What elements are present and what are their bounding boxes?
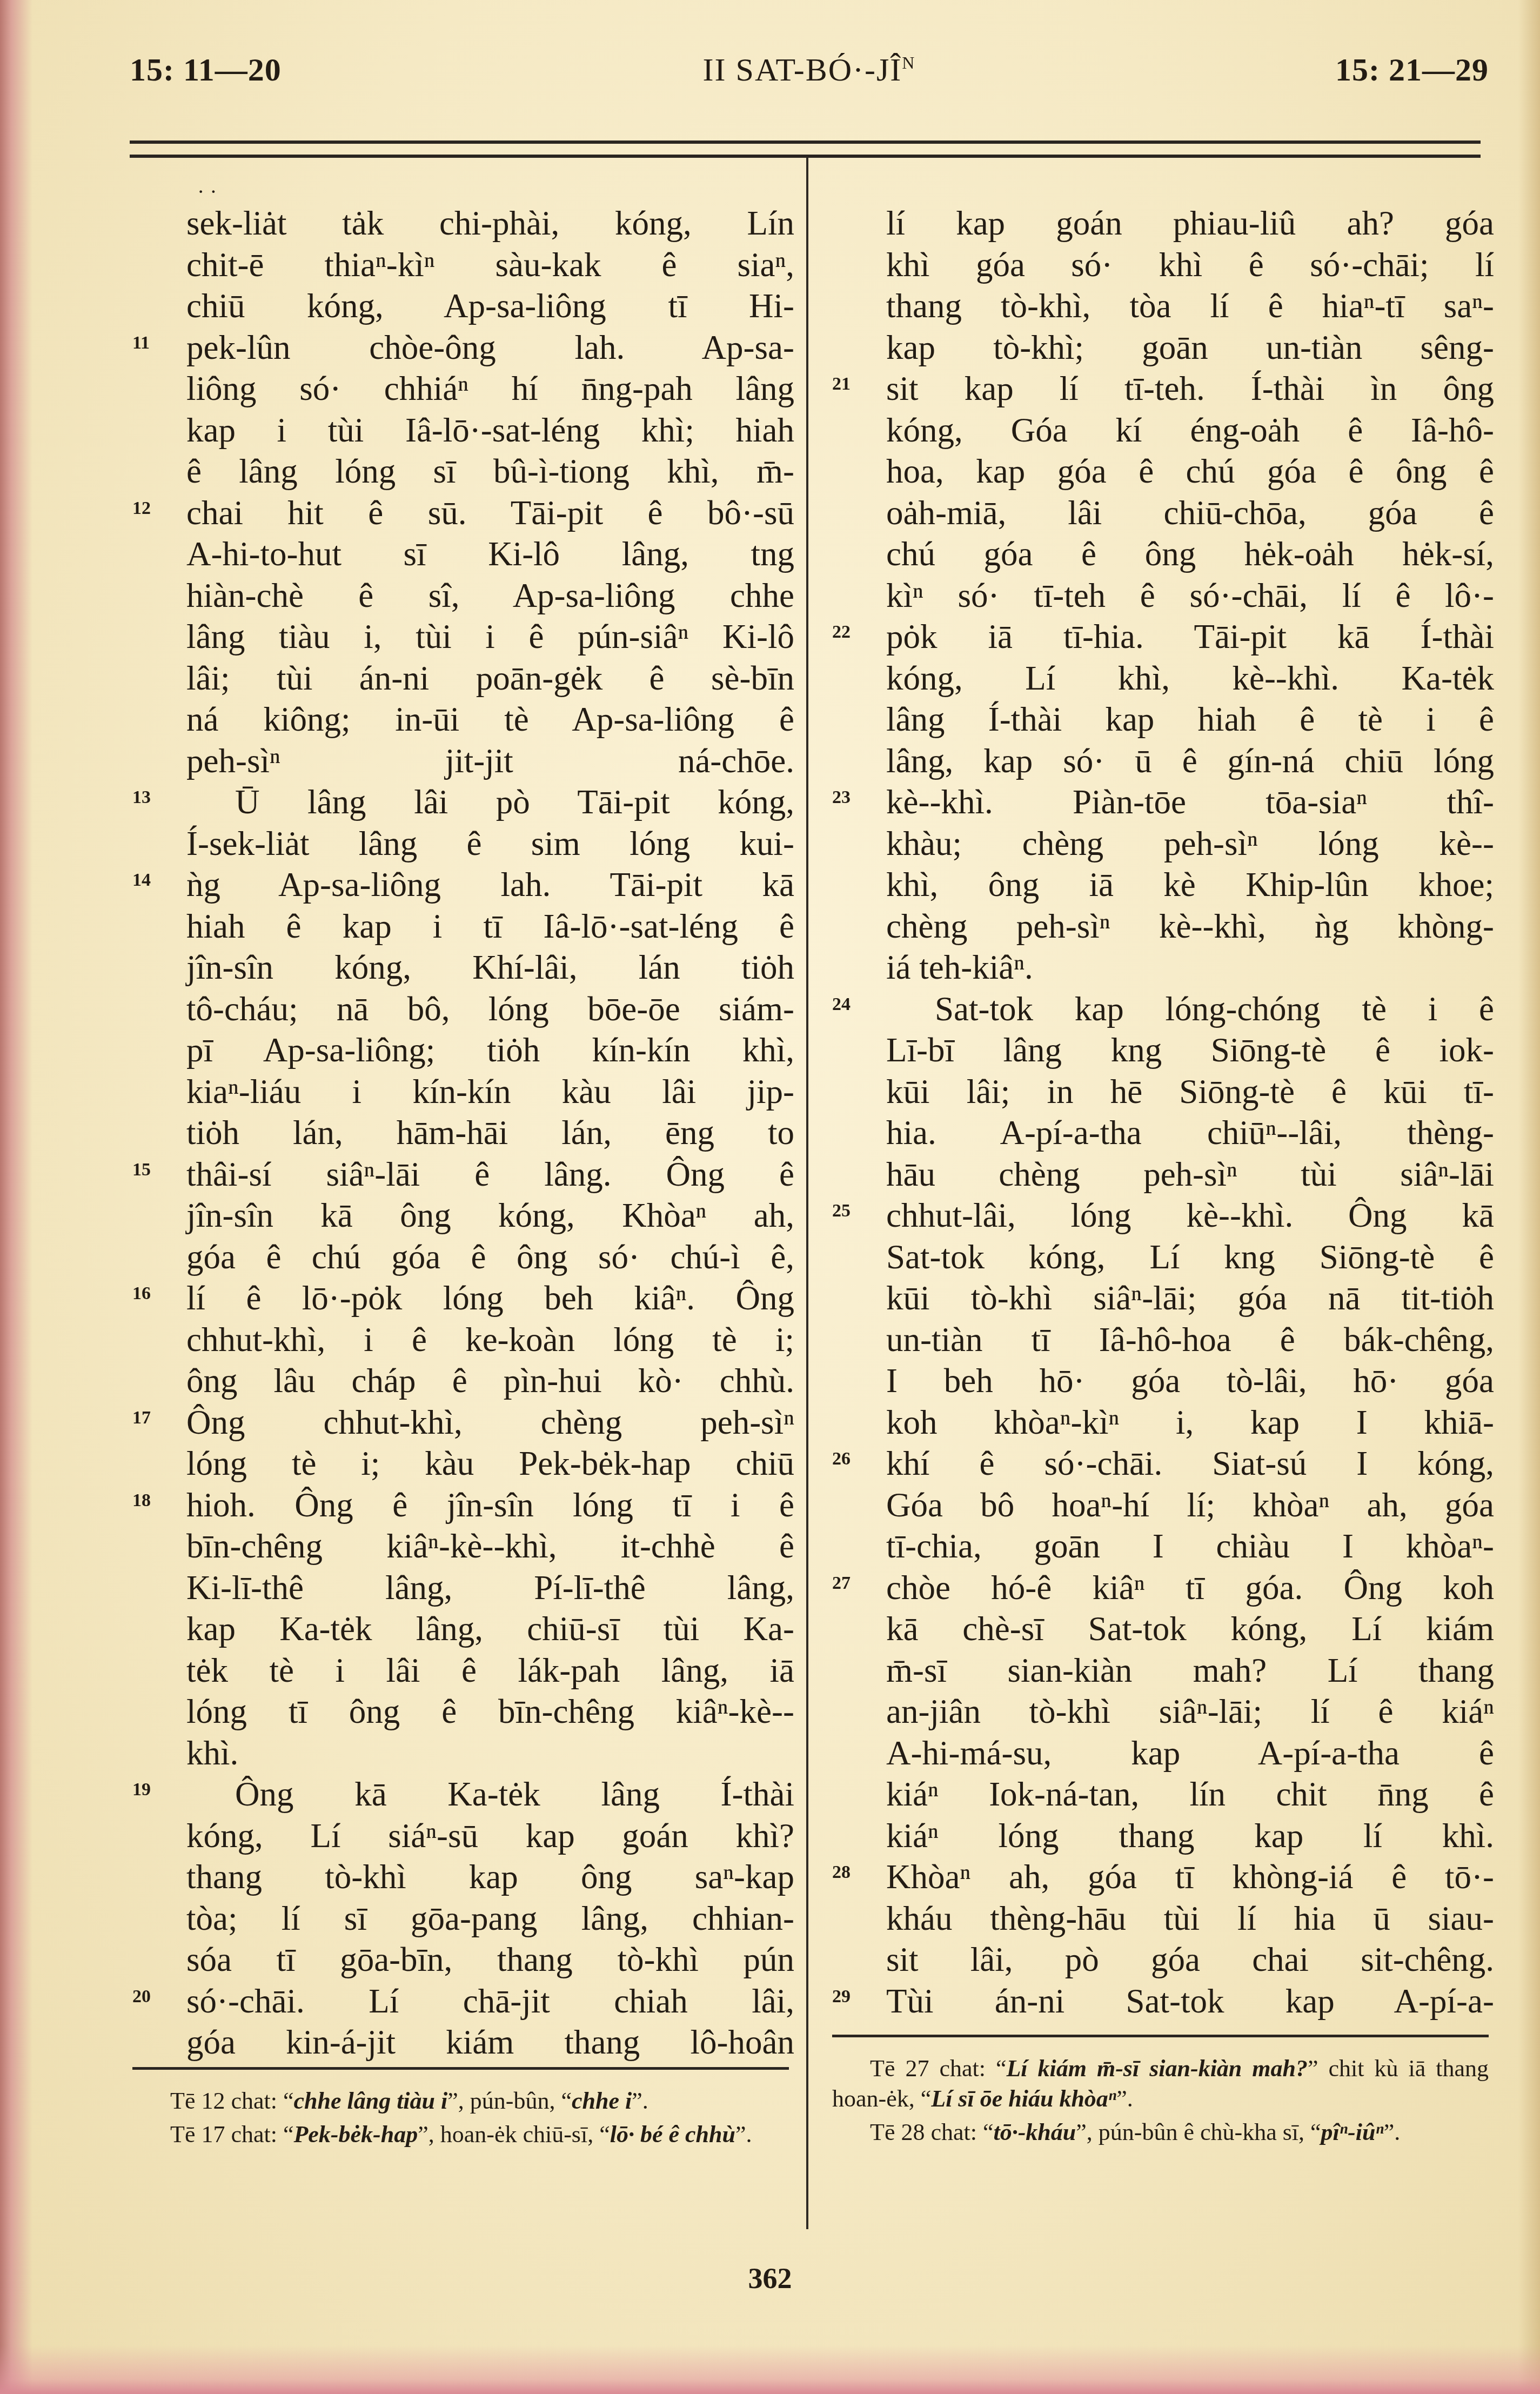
line-text: ông lâu cháp ê pìn-hui kò· chhù. xyxy=(186,1362,794,1400)
line-text: sit lâi, pò góa chai sit-chêng. xyxy=(886,1941,1494,1978)
line-text: m̄-sī sian-kiàn mah? Lí thang xyxy=(886,1651,1494,1689)
verse-number: 24 xyxy=(832,988,851,1021)
line-text: bīn-chêng kiâⁿ-kè--khì, it-chhè ê xyxy=(186,1527,794,1565)
text-line: I beh hō· góa tò-lâi, hō· góa xyxy=(886,1360,1494,1402)
footnote: Tē 27 chat: “Lí kiám m̄-sī sian-kiàn mah… xyxy=(832,2054,1489,2114)
footnote-text: Tē 28 chat: “ xyxy=(870,2119,993,2145)
text-line: Í-sek-liȧt lâng ê sim lóng kui- xyxy=(186,823,794,865)
continuation-dots: · · xyxy=(186,181,794,203)
line-text: ná kiông; in-ūi tè Ap-sa-liông ê xyxy=(186,700,794,738)
line-text: Góa bô hoaⁿ-hí lí; khòaⁿ ah, góa xyxy=(886,1486,1494,1524)
footnote-text: ”. xyxy=(1384,2119,1401,2145)
text-line: hiah ê kap i tī Iâ-lō·-sat-léng ê xyxy=(186,906,794,947)
text-line: chèng peh-sìⁿ kè--khì, ǹg khòng- xyxy=(886,906,1494,947)
text-line: an-jiân tò-khì siâⁿ-lāi; lí ê kiáⁿ xyxy=(886,1691,1494,1733)
line-text: kóng, Lí siáⁿ-sū kap goán khì? xyxy=(186,1817,794,1855)
text-line: 12chai hit ê sū. Tāi-pit ê bô·-sū xyxy=(186,492,794,534)
line-text: kap tò-khì; goān un-tiàn sêng- xyxy=(886,329,1494,366)
line-text: pī Ap-sa-liông; tiȯh kín-kín khì, xyxy=(186,1031,794,1069)
line-text: un-tiàn tī Iâ-hô-hoa ê bák-chêng, xyxy=(886,1321,1494,1359)
line-text: tėk tè i lâi ê lák-pah lâng, iā xyxy=(186,1651,794,1689)
line-text: lâng tiàu i, tùi i ê pún-siâⁿ Ki-lô xyxy=(186,618,794,656)
text-line: 21sit kap lí tī-teh. Í-thài ìn ông xyxy=(886,368,1494,410)
text-line: 13Ū lâng lâi pò Tāi-pit kóng, xyxy=(186,781,794,823)
verse-number: 14 xyxy=(132,864,151,897)
text-line: sek-liȧt tȧk chi-phài, kóng, Lín xyxy=(186,203,794,244)
text-line: kūi tò-khì siâⁿ-lāi; góa nā tit-tiȯh xyxy=(886,1278,1494,1319)
text-line: liông só· chhiáⁿ hí n̄ng-pah lâng xyxy=(186,368,794,410)
text-line: 29Tùi án-ni Sat-tok kap A-pí-a- xyxy=(886,1981,1494,2022)
line-text: Tùi án-ni Sat-tok kap A-pí-a- xyxy=(886,1982,1494,2020)
line-text: kiáⁿ lóng thang kap lí khì. xyxy=(886,1817,1494,1855)
line-text: kiaⁿ-liáu i kín-kín kàu lâi jip- xyxy=(186,1073,794,1111)
text-line: kóng, Lí khì, kè--khì. Ka-tėk xyxy=(886,658,1494,699)
text-line: iá teh-kiâⁿ. xyxy=(886,947,1494,988)
text-line: kūi lâi; in hē Siōng-tè ê kūi tī- xyxy=(886,1071,1494,1113)
right-column-lines: lí kap goán phiau-liû ah? góakhì góa só·… xyxy=(886,203,1494,2022)
text-line: chú góa ê ông hėk-oȧh hėk-sí, xyxy=(886,533,1494,575)
line-text: A-hi-to-hut sī Ki-lô lâng, tng xyxy=(186,535,794,573)
footnote-quote: Pek-bėk-hap xyxy=(293,2121,418,2148)
text-line: tiȯh lán, hām-hāi lán, ēng to xyxy=(186,1112,794,1154)
header-double-rule xyxy=(130,141,1481,158)
line-text: kóng, Góa kí éng-oȧh ê Iâ-hô- xyxy=(886,411,1494,449)
line-text: Ông kā Ka-tėk lâng Í-thài xyxy=(235,1775,794,1813)
line-text: pek-lûn chòe-ông lah. Ap-sa- xyxy=(186,329,794,366)
line-text: khàu; chèng peh-sìⁿ lóng kè-- xyxy=(886,825,1494,862)
text-line: khì, ông iā kè Khip-lûn khoe; xyxy=(886,864,1494,906)
footnote-text: ”. xyxy=(735,2121,752,2148)
text-line: Lī-bī lâng kng Siōng-tè ê iok- xyxy=(886,1029,1494,1071)
line-text: kóng, Lí khì, kè--khì. Ka-tėk xyxy=(886,659,1494,697)
footnotes-left: Tē 12 chat: “chhe lâng tiàu i”, pún-bûn,… xyxy=(132,2086,789,2153)
line-text: chòe hó-ê kiâⁿ tī góa. Ông koh xyxy=(886,1569,1494,1607)
line-text: lâi; tùi án-ni poān-gėk ê sè-bīn xyxy=(186,659,794,697)
footnote-rule-left xyxy=(132,2067,789,2070)
text-line: 23kè--khì. Piàn-tōe tōa-siaⁿ thî- xyxy=(886,781,1494,823)
line-text: sek-liȧt tȧk chi-phài, kóng, Lín xyxy=(186,204,794,242)
line-text: kap Ka-tėk lâng, chiū-sī tùi Ka- xyxy=(186,1610,794,1648)
text-line: un-tiàn tī Iâ-hô-hoa ê bák-chêng, xyxy=(886,1319,1494,1361)
text-line: kháu thèng-hāu tùi lí hia ū siau- xyxy=(886,1898,1494,1940)
book-title-text: II SAT-BÓ·-JÎ xyxy=(703,52,902,88)
line-text: lâng, kap só· ū ê gín-ná chiū lóng xyxy=(886,742,1494,780)
text-line: 16lí ê lō·-pȯk lóng beh kiâⁿ. Ông xyxy=(186,1278,794,1319)
footnote-text: ”, pún-bûn ê chù-kha sī, “ xyxy=(1076,2119,1321,2145)
text-line: ông lâu cháp ê pìn-hui kò· chhù. xyxy=(186,1360,794,1402)
verse-number: 20 xyxy=(132,1981,151,2013)
line-text: hāu chèng peh-sìⁿ tùi siâⁿ-lāi xyxy=(886,1155,1494,1193)
verse-number: 27 xyxy=(832,1567,851,1600)
text-line: jîn-sîn kóng, Khí-lâi, lán tiȯh xyxy=(186,947,794,988)
line-text: thang tò-khì kap ông saⁿ-kap xyxy=(186,1858,794,1896)
text-line: koh khòaⁿ-kìⁿ i, kap I khiā- xyxy=(886,1402,1494,1443)
line-text: khì. xyxy=(186,1734,238,1772)
text-line: Sat-tok kóng, Lí kng Siōng-tè ê xyxy=(886,1236,1494,1278)
line-text: Lī-bī lâng kng Siōng-tè ê iok- xyxy=(886,1031,1494,1069)
page-number: 362 xyxy=(0,2262,1540,2295)
line-text: kiáⁿ Iok-ná-tan, lín chit n̄ng ê xyxy=(886,1775,1494,1813)
line-text: lí kap goán phiau-liû ah? góa xyxy=(886,204,1494,242)
footnote-quote: Lí sī ōe hiáu khòaⁿ xyxy=(931,2085,1116,2112)
footnote-quote: pîⁿ-iûⁿ xyxy=(1321,2119,1384,2145)
text-line: tėk tè i lâi ê lák-pah lâng, iā xyxy=(186,1650,794,1691)
footnotes-right: Tē 27 chat: “Lí kiám m̄-sī sian-kiàn mah… xyxy=(832,2054,1489,2151)
continuation-spacer xyxy=(886,181,1494,203)
text-line: góa kin-á-jit kiám thang lô-hoân xyxy=(186,2022,794,2063)
line-text: tiȯh lán, hām-hāi lán, ēng to xyxy=(186,1114,794,1152)
verse-number: 16 xyxy=(132,1278,151,1310)
line-text: liông só· chhiáⁿ hí n̄ng-pah lâng xyxy=(186,370,794,407)
text-line: 20só·-chāi. Lí chā-jit chiah lâi, xyxy=(186,1981,794,2022)
line-text: sit kap lí tī-teh. Í-thài ìn ông xyxy=(886,370,1494,407)
left-column: · · sek-liȧt tȧk chi-phài, kóng, Línchit… xyxy=(186,181,794,2063)
line-text: tòa; lí sī gōa-pang lâng, chhian- xyxy=(186,1900,794,1937)
text-line: jîn-sîn kā ông kóng, Khòaⁿ ah, xyxy=(186,1195,794,1236)
text-line: lí kap goán phiau-liû ah? góa xyxy=(886,203,1494,244)
line-text: chhut-khì, i ê ke-koàn lóng tè i; xyxy=(186,1321,794,1359)
line-text: kūi tò-khì siâⁿ-lāi; góa nā tit-tiȯh xyxy=(886,1279,1494,1317)
text-line: lâng, kap só· ū ê gín-ná chiū lóng xyxy=(886,740,1494,782)
footnote-quote: tō·-kháu xyxy=(993,2119,1076,2145)
line-text: oȧh-miā, lâi chiū-chōa, góa ê xyxy=(886,494,1494,532)
text-line: tô-cháu; nā bô, lóng bōe-ōe siám- xyxy=(186,988,794,1030)
text-line: 18hioh. Ông ê jîn-sîn lóng tī i ê xyxy=(186,1484,794,1526)
verse-number: 12 xyxy=(132,492,151,525)
line-text: Sat-tok kóng, Lí kng Siōng-tè ê xyxy=(886,1238,1494,1276)
footnote: Tē 17 chat: “Pek-bėk-hap”, hoan-ėk chiū-… xyxy=(132,2119,789,2150)
line-text: Ông chhut-khì, chèng peh-sìⁿ xyxy=(186,1403,794,1441)
text-line: pī Ap-sa-liông; tiȯh kín-kín khì, xyxy=(186,1029,794,1071)
line-text: thâi-sí siâⁿ-lāi ê lâng. Ông ê xyxy=(186,1155,794,1193)
line-text: Sat-tok kap lóng-chóng tè i ê xyxy=(935,990,1494,1028)
text-line: 14ǹg Ap-sa-liông lah. Tāi-pit kā xyxy=(186,864,794,906)
text-line: m̄-sī sian-kiàn mah? Lí thang xyxy=(886,1650,1494,1691)
line-text: hia. A-pí-a-tha chiūⁿ--lâi, thèng- xyxy=(886,1114,1494,1152)
line-text: kè--khì. Piàn-tōe tōa-siaⁿ thî- xyxy=(886,783,1494,821)
footnote-quote: chhe i xyxy=(572,2088,632,2114)
line-text: khì góa só· khì ê só·-chāi; lí xyxy=(886,246,1494,284)
footnote-quote: lō· bé ê chhù xyxy=(610,2121,735,2148)
line-text: Ki-lī-thê lâng, Pí-lī-thê lâng, xyxy=(186,1569,794,1607)
text-line: ê lâng lóng sī bû-ì-tiong khì, m̄- xyxy=(186,451,794,492)
text-line: hoa, kap góa ê chú góa ê ông ê xyxy=(886,451,1494,492)
line-text: kūi lâi; in hē Siōng-tè ê kūi tī- xyxy=(886,1073,1494,1111)
running-header: 15: 11—20 II SAT-BÓ·-JÎN 15: 21—29 xyxy=(130,51,1489,100)
text-line: 27chòe hó-ê kiâⁿ tī góa. Ông koh xyxy=(886,1567,1494,1609)
line-text: chit-ē thiaⁿ-kìⁿ sàu-kak ê siaⁿ, xyxy=(186,246,794,284)
header-book-title: II SAT-BÓ·-JÎN xyxy=(130,51,1489,89)
verse-number: 19 xyxy=(132,1774,151,1806)
line-text: kap i tùi Iâ-lō·-sat-léng khì; hiah xyxy=(186,411,794,449)
text-line: khì góa só· khì ê só·-chāi; lí xyxy=(886,244,1494,286)
text-line: bīn-chêng kiâⁿ-kè--khì, it-chhè ê xyxy=(186,1526,794,1567)
text-line: lâi; tùi án-ni poān-gėk ê sè-bīn xyxy=(186,658,794,699)
line-text: khí ê só·-chāi. Siat-sú I kóng, xyxy=(886,1445,1494,1482)
line-text: ǹg Ap-sa-liông lah. Tāi-pit kā xyxy=(186,866,794,904)
text-line: kóng, Góa kí éng-oȧh ê Iâ-hô- xyxy=(886,410,1494,451)
text-line: chhut-khì, i ê ke-koàn lóng tè i; xyxy=(186,1319,794,1361)
line-text: chèng peh-sìⁿ kè--khì, ǹg khòng- xyxy=(886,907,1494,945)
verse-number: 18 xyxy=(132,1484,151,1517)
text-line: hia. A-pí-a-tha chiūⁿ--lâi, thèng- xyxy=(886,1112,1494,1154)
line-text: kìⁿ só· tī-teh ê só·-chāi, lí ê lô·- xyxy=(886,577,1494,614)
footnote: Tē 28 chat: “tō·-kháu”, pún-bûn ê chù-kh… xyxy=(832,2117,1489,2148)
line-text: jîn-sîn kā ông kóng, Khòaⁿ ah, xyxy=(186,1196,794,1234)
verse-number: 23 xyxy=(832,781,851,814)
text-line: 25chhut-lâi, lóng kè--khì. Ông kā xyxy=(886,1195,1494,1236)
line-text: hiàn-chè ê sî, Ap-sa-liông chhe xyxy=(186,577,794,614)
text-line: 11pek-lûn chòe-ông lah. Ap-sa- xyxy=(186,327,794,369)
line-text: chú góa ê ông hėk-oȧh hėk-sí, xyxy=(886,535,1494,573)
text-line: khàu; chèng peh-sìⁿ lóng kè-- xyxy=(886,823,1494,865)
line-text: lóng tè i; kàu Pek-bėk-hap chiū xyxy=(186,1445,794,1482)
line-text: I beh hō· góa tò-lâi, hō· góa xyxy=(886,1362,1494,1400)
line-text: khì, ông iā kè Khip-lûn khoe; xyxy=(886,866,1494,904)
text-line: kā chè-sī Sat-tok kóng, Lí kiám xyxy=(886,1608,1494,1650)
line-text: A-hi-má-su, kap A-pí-a-tha ê xyxy=(886,1734,1494,1772)
line-text: Khòaⁿ ah, góa tī khòng-iá ê tō·- xyxy=(886,1858,1494,1896)
line-text: jîn-sîn kóng, Khí-lâi, lán tiȯh xyxy=(186,948,794,986)
text-line: chiū kóng, Ap-sa-liông tī Hi- xyxy=(186,285,794,327)
text-line: 24Sat-tok kap lóng-chóng tè i ê xyxy=(886,988,1494,1030)
footnote-text: Tē 27 chat: “ xyxy=(870,2055,1006,2082)
text-line: lóng tī ông ê bīn-chêng kiâⁿ-kè-- xyxy=(186,1691,794,1733)
footnote-text: Tē 17 chat: “ xyxy=(170,2121,293,2148)
line-text: góa ê chú góa ê ông só· chú-ì ê, xyxy=(186,1238,794,1276)
footnote-quote: Lí kiám m̄-sī sian-kiàn mah? xyxy=(1006,2055,1308,2082)
text-line: tī-chia, goān I chiàu I khòaⁿ- xyxy=(886,1526,1494,1567)
text-line: Góa bô hoaⁿ-hí lí; khòaⁿ ah, góa xyxy=(886,1484,1494,1526)
text-line: kap tò-khì; goān un-tiàn sêng- xyxy=(886,327,1494,369)
verse-number: 15 xyxy=(132,1154,151,1186)
line-text: kā chè-sī Sat-tok kóng, Lí kiám xyxy=(886,1610,1494,1648)
line-text: an-jiân tò-khì siâⁿ-lāi; lí ê kiáⁿ xyxy=(886,1693,1494,1730)
line-text: Í-sek-liȧt lâng ê sim lóng kui- xyxy=(186,825,794,862)
footnote-rule-right xyxy=(832,2035,1489,2037)
footnote-text: ”. xyxy=(632,2088,648,2114)
text-line: kap Ka-tėk lâng, chiū-sī tùi Ka- xyxy=(186,1608,794,1650)
text-line: kìⁿ só· tī-teh ê só·-chāi, lí ê lô·- xyxy=(886,575,1494,617)
text-line: 28Khòaⁿ ah, góa tī khòng-iá ê tō·- xyxy=(886,1856,1494,1898)
book-title-superscript: N xyxy=(902,53,915,72)
text-line: oȧh-miā, lâi chiū-chōa, góa ê xyxy=(886,492,1494,534)
text-line: tòa; lí sī gōa-pang lâng, chhian- xyxy=(186,1898,794,1940)
line-text: koh khòaⁿ-kìⁿ i, kap I khiā- xyxy=(886,1403,1494,1441)
left-column-lines: sek-liȧt tȧk chi-phài, kóng, Línchit-ē t… xyxy=(186,203,794,2063)
verse-number: 17 xyxy=(132,1402,151,1434)
page-edge-stain xyxy=(0,2345,1540,2394)
text-line: ná kiông; in-ūi tè Ap-sa-liông ê xyxy=(186,699,794,740)
column-divider xyxy=(806,157,808,2229)
footnote-text: Tē 12 chat: “ xyxy=(170,2088,293,2114)
text-line: hiàn-chè ê sî, Ap-sa-liông chhe xyxy=(186,575,794,617)
verse-number: 21 xyxy=(832,368,851,400)
header-right-range: 15: 21—29 xyxy=(1335,51,1489,89)
footnote-text: ”. xyxy=(1116,2085,1133,2112)
line-text: Ū lâng lâi pò Tāi-pit kóng, xyxy=(235,783,794,821)
text-line: lâng tiàu i, tùi i ê pún-siâⁿ Ki-lô xyxy=(186,616,794,658)
text-line: thang tò-khì, tòa lí ê hiaⁿ-tī saⁿ- xyxy=(886,285,1494,327)
footnote-text: ”, hoan-ėk chiū-sī, “ xyxy=(418,2121,610,2148)
text-line: A-hi-má-su, kap A-pí-a-tha ê xyxy=(886,1733,1494,1774)
line-text: chiū kóng, Ap-sa-liông tī Hi- xyxy=(186,287,794,325)
line-text: chai hit ê sū. Tāi-pit ê bô·-sū xyxy=(186,494,794,532)
right-column: lí kap goán phiau-liû ah? góakhì góa só·… xyxy=(886,181,1494,2022)
text-line: Ki-lī-thê lâng, Pí-lī-thê lâng, xyxy=(186,1567,794,1609)
verse-number: 29 xyxy=(832,1981,851,2013)
verse-number: 13 xyxy=(132,781,151,814)
text-line: sóa tī gōa-bīn, thang tò-khì pún xyxy=(186,1939,794,1981)
text-line: kiaⁿ-liáu i kín-kín kàu lâi jip- xyxy=(186,1071,794,1113)
verse-number: 11 xyxy=(132,327,150,359)
text-line: 17Ông chhut-khì, chèng peh-sìⁿ xyxy=(186,1402,794,1443)
verse-number: 25 xyxy=(832,1195,851,1227)
page-edge-right xyxy=(1518,0,1540,2394)
line-text: kháu thèng-hāu tùi lí hia ū siau- xyxy=(886,1900,1494,1937)
text-line: A-hi-to-hut sī Ki-lô lâng, tng xyxy=(186,533,794,575)
footnote: Tē 12 chat: “chhe lâng tiàu i”, pún-bûn,… xyxy=(132,2086,789,2116)
text-line: khì. xyxy=(186,1733,794,1774)
text-line: sit lâi, pò góa chai sit-chêng. xyxy=(886,1939,1494,1981)
line-text: só·-chāi. Lí chā-jit chiah lâi, xyxy=(186,1982,794,2020)
line-text: peh-sìⁿ jit-jit ná-chōe. xyxy=(186,742,794,780)
text-line: kiáⁿ lóng thang kap lí khì. xyxy=(886,1815,1494,1857)
text-line: hāu chèng peh-sìⁿ tùi siâⁿ-lāi xyxy=(886,1154,1494,1195)
text-line: 15thâi-sí siâⁿ-lāi ê lâng. Ông ê xyxy=(186,1154,794,1195)
line-text: hoa, kap góa ê chú góa ê ông ê xyxy=(886,452,1494,490)
text-line: 19Ông kā Ka-tėk lâng Í-thài xyxy=(186,1774,794,1815)
verse-number: 26 xyxy=(832,1443,851,1475)
line-text: chhut-lâi, lóng kè--khì. Ông kā xyxy=(886,1196,1494,1234)
text-line: chit-ē thiaⁿ-kìⁿ sàu-kak ê siaⁿ, xyxy=(186,244,794,286)
verse-number: 28 xyxy=(832,1856,851,1889)
text-line: góa ê chú góa ê ông só· chú-ì ê, xyxy=(186,1236,794,1278)
line-text: tô-cháu; nā bô, lóng bōe-ōe siám- xyxy=(186,990,794,1028)
line-text: ê lâng lóng sī bû-ì-tiong khì, m̄- xyxy=(186,452,794,490)
text-line: lóng tè i; kàu Pek-bėk-hap chiū xyxy=(186,1443,794,1484)
line-text: lóng tī ông ê bīn-chêng kiâⁿ-kè-- xyxy=(186,1693,794,1730)
text-line: kap i tùi Iâ-lō·-sat-léng khì; hiah xyxy=(186,410,794,451)
text-line: 26khí ê só·-chāi. Siat-sú I kóng, xyxy=(886,1443,1494,1484)
text-line: kiáⁿ Iok-ná-tan, lín chit n̄ng ê xyxy=(886,1774,1494,1815)
text-line: kóng, Lí siáⁿ-sū kap goán khì? xyxy=(186,1815,794,1857)
line-text: thang tò-khì, tòa lí ê hiaⁿ-tī saⁿ- xyxy=(886,287,1494,325)
line-text: lâng Í-thài kap hiah ê tè i ê xyxy=(886,700,1494,738)
footnote-text: ”, pún-bûn, “ xyxy=(447,2088,572,2114)
text-line: lâng Í-thài kap hiah ê tè i ê xyxy=(886,699,1494,740)
footnote-quote: chhe lâng tiàu i xyxy=(293,2088,447,2114)
line-text: tī-chia, goān I chiàu I khòaⁿ- xyxy=(886,1527,1494,1565)
line-text: lí ê lō·-pȯk lóng beh kiâⁿ. Ông xyxy=(186,1279,794,1317)
line-text: iá teh-kiâⁿ. xyxy=(886,948,1033,986)
line-text: hioh. Ông ê jîn-sîn lóng tī i ê xyxy=(186,1486,794,1524)
line-text: sóa tī gōa-bīn, thang tò-khì pún xyxy=(186,1941,794,1978)
line-text: pȯk iā tī-hia. Tāi-pit kā Í-thài xyxy=(886,618,1494,656)
line-text: góa kin-á-jit kiám thang lô-hoân xyxy=(186,2023,794,2061)
text-line: peh-sìⁿ jit-jit ná-chōe. xyxy=(186,740,794,782)
text-line: thang tò-khì kap ông saⁿ-kap xyxy=(186,1856,794,1898)
page-edge-left xyxy=(0,0,32,2394)
line-text: hiah ê kap i tī Iâ-lō·-sat-léng ê xyxy=(186,907,794,945)
verse-number: 22 xyxy=(832,616,851,648)
text-line: 22pȯk iā tī-hia. Tāi-pit kā Í-thài xyxy=(886,616,1494,658)
